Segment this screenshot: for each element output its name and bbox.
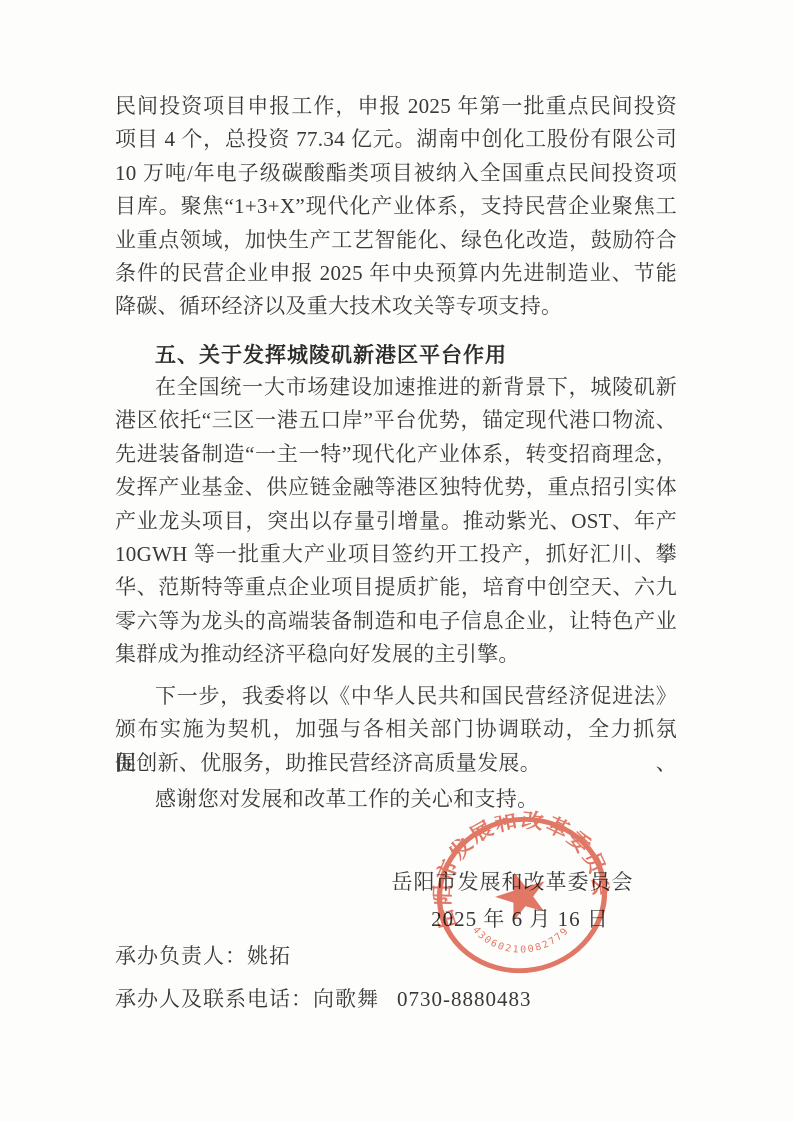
- contact-label: 承办人及联系电话：: [115, 987, 313, 1011]
- body-text-line: 产业龙头项目，突出以存量引增量。推动紫光、OST、年产: [115, 505, 677, 538]
- svg-text:43060210082779: 43060210082779: [469, 909, 575, 964]
- handler-line: 承办负责人：姚拓: [115, 940, 291, 973]
- body-text-line: 业重点领域，加快生产工艺智能化、绿色化改造，鼓励符合: [115, 224, 677, 257]
- body-text-line: 目库。聚焦“1+3+X”现代化产业体系，支持民营企业聚焦工: [115, 190, 677, 223]
- body-text-line: 10GWH 等一批重大产业项目签约开工投产，抓好汇川、攀: [115, 538, 677, 571]
- body-text-line: 降碳、循环经济以及重大技术攻关等专项支持。: [115, 290, 677, 323]
- body-text-line: 零六等为龙头的高端装备制造和电子信息企业，让特色产业: [115, 605, 677, 638]
- handler-label: 承办负责人：: [115, 944, 247, 968]
- body-text-line: 港区依托“三区一港五口岸”平台优势，锚定现代港口物流、: [115, 404, 677, 437]
- document-page: 民间投资项目申报工作，申报 2025 年第一批重点民间投资 项目 4 个，总投资…: [0, 0, 794, 1122]
- body-text-line: 10 万吨/年电子级碳酸酯类项目被纳入全国重点民间投资项: [115, 157, 677, 190]
- paragraph-section5: 在全国统一大市场建设加速推进的新背景下，城陵矶新 港区依托“三区一港五口岸”平台…: [115, 371, 677, 672]
- body-text-line: 颁布实施为契机，加强与各相关部门协调联动，全力抓氛围、: [115, 713, 677, 746]
- body-text-line: 集群成为推动经济平稳向好发展的主引擎。: [115, 638, 677, 671]
- section-heading: 五、关于发挥城陵矶新港区平台作用: [115, 339, 677, 373]
- contact-name: 向歌舞: [313, 987, 379, 1011]
- contact-line: 承办人及联系电话：向歌舞0730-8880483: [115, 983, 532, 1016]
- body-text-line: 发挥产业基金、供应链金融等港区独特优势，重点招引实体: [115, 471, 677, 504]
- body-text-line: 下一步，我委将以《中华人民共和国民营经济促进法》: [115, 680, 677, 713]
- contact-phone: 0730-8880483: [397, 987, 532, 1011]
- paragraph-continuation: 民间投资项目申报工作，申报 2025 年第一批重点民间投资 项目 4 个，总投资…: [115, 90, 677, 324]
- body-text-line: 华、范斯特等重点企业项目提质扩能，培育中创空天、六九: [115, 571, 677, 604]
- paragraph-next-steps: 下一步，我委将以《中华人民共和国民营经济促进法》 颁布实施为契机，加强与各相关部…: [115, 680, 677, 780]
- body-text-line: 民间投资项目申报工作，申报 2025 年第一批重点民间投资: [115, 90, 677, 123]
- body-text-line: 在全国统一大市场建设加速推进的新背景下，城陵矶新: [115, 371, 677, 404]
- handler-name: 姚拓: [247, 944, 291, 968]
- body-text-line: 条件的民营企业申报 2025 年中央预算内先进制造业、节能: [115, 257, 677, 290]
- official-seal: 岳阳市发展和改革委员会 43060210082779: [421, 799, 623, 991]
- body-text-line: 项目 4 个，总投资 77.34 亿元。湖南中创化工股份有限公司: [115, 123, 677, 156]
- seal-star-icon: [489, 865, 553, 924]
- body-text-line: 先进装备制造“一主一特”现代化产业体系，转变招商理念，: [115, 438, 677, 471]
- seal-code-text: 43060210082779: [469, 909, 575, 964]
